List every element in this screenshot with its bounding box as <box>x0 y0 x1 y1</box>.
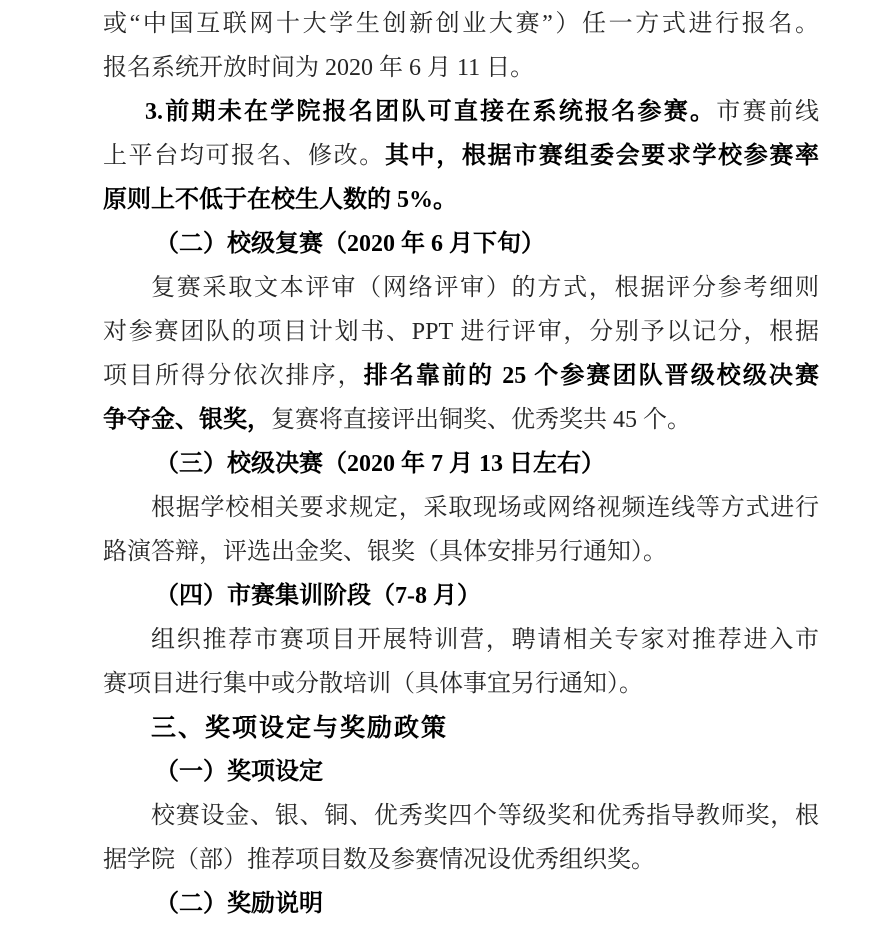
para-item3-line3: 原则上不低于在校生人数的 5%。 <box>103 178 819 222</box>
text-segment: 复赛将直接评出铜奖、优秀奖共 45 个。 <box>271 407 691 433</box>
text-segment: 组织推荐市赛项目开展特训营，聘请相关专家对推荐进入市 <box>151 627 819 653</box>
heading-awards-1: （一）奖项设定 <box>103 750 819 794</box>
para-signup-line1: 或“中国互联网十大学生创新创业大赛”）任一方式进行报名。 <box>103 2 819 46</box>
text-segment: 或“中国互联网十大学生创新创业大赛”）任一方式进行报名。 <box>103 11 819 37</box>
para-awards-line2: 据学院（部）推荐项目数及参赛情况设优秀组织奖。 <box>103 838 819 882</box>
text-segment: 项目所得分依次排序， <box>103 363 364 389</box>
text-segment: 路演答辩，评选出金奖、银奖（具体安排另行通知）。 <box>103 539 667 565</box>
text-segment: 根据学校相关要求规定，采取现场或网络视频连线等方式进行 <box>151 495 819 521</box>
text-segment: （一）奖项设定 <box>155 759 323 785</box>
para-signup-line2: 报名系统开放时间为 2020 年 6 月 11 日。 <box>103 46 819 90</box>
text-segment: 上平台均可报名、修改。 <box>103 143 385 169</box>
para-item3-line2: 上平台均可报名、修改。其中，根据市赛组委会要求学校参赛率 <box>103 134 819 178</box>
text-segment: 复赛采取文本评审（网络评审）的方式，根据评分参考细则 <box>151 275 819 301</box>
text-segment: 其中，根据市赛组委会要求学校参赛率 <box>385 143 819 169</box>
document-body: 或“中国互联网十大学生创新创业大赛”）任一方式进行报名。报名系统开放时间为 20… <box>103 2 819 926</box>
text-segment: 对参赛团队的项目计划书、PPT 进行评审，分别予以记分，根据 <box>103 319 819 345</box>
heading-awards-2: （二）奖励说明 <box>103 882 819 926</box>
para-fusai-line4: 争夺金、银奖，复赛将直接评出铜奖、优秀奖共 45 个。 <box>103 398 819 442</box>
text-segment: （四）市赛集训阶段（7-8 月） <box>155 583 481 609</box>
para-juesai-line1: 根据学校相关要求规定，采取现场或网络视频连线等方式进行 <box>103 486 819 530</box>
text-segment: 三、奖项设定与奖励政策 <box>151 714 448 742</box>
text-segment: 3.前期未在学院报名团队可直接在系统报名参赛。 <box>145 99 716 125</box>
heading-section-3: （三）校级决赛（2020 年 7 月 13 日左右） <box>103 442 819 486</box>
para-juesai-line2: 路演答辩，评选出金奖、银奖（具体安排另行通知）。 <box>103 530 819 574</box>
para-jixun-line2: 赛项目进行集中或分散培训（具体事宜另行通知）。 <box>103 662 819 706</box>
text-segment: 原则上不低于在校生人数的 5%。 <box>103 187 457 213</box>
para-fusai-line3: 项目所得分依次排序，排名靠前的 25 个参赛团队晋级校级决赛 <box>103 354 819 398</box>
text-segment: （二）奖励说明 <box>155 891 323 917</box>
document-page: 或“中国互联网十大学生创新创业大赛”）任一方式进行报名。报名系统开放时间为 20… <box>0 0 880 926</box>
text-segment: 报名系统开放时间为 2020 年 6 月 11 日。 <box>103 55 534 81</box>
text-segment: 排名靠前的 25 个参赛团队晋级校级决赛 <box>364 363 819 389</box>
heading-section-2: （二）校级复赛（2020 年 6 月下旬） <box>103 222 819 266</box>
para-fusai-line2: 对参赛团队的项目计划书、PPT 进行评审，分别予以记分，根据 <box>103 310 819 354</box>
text-segment: （二）校级复赛（2020 年 6 月下旬） <box>155 231 545 257</box>
para-awards-line1: 校赛设金、银、铜、优秀奖四个等级奖和优秀指导教师奖，根 <box>103 794 819 838</box>
para-jixun-line1: 组织推荐市赛项目开展特训营，聘请相关专家对推荐进入市 <box>103 618 819 662</box>
para-fusai-line1: 复赛采取文本评审（网络评审）的方式，根据评分参考细则 <box>103 266 819 310</box>
heading-section-4: （四）市赛集训阶段（7-8 月） <box>103 574 819 618</box>
text-segment: 据学院（部）推荐项目数及参赛情况设优秀组织奖。 <box>103 847 655 873</box>
text-segment: （三）校级决赛（2020 年 7 月 13 日左右） <box>155 451 605 477</box>
heading-chapter-3: 三、奖项设定与奖励政策 <box>103 706 819 750</box>
text-segment: 市赛前线 <box>716 99 819 125</box>
para-item3-line1: 3.前期未在学院报名团队可直接在系统报名参赛。市赛前线 <box>103 90 819 134</box>
text-segment: 校赛设金、银、铜、优秀奖四个等级奖和优秀指导教师奖，根 <box>151 803 819 829</box>
text-segment: 赛项目进行集中或分散培训（具体事宜另行通知）。 <box>103 671 643 697</box>
text-segment: 争夺金、银奖， <box>103 407 271 433</box>
